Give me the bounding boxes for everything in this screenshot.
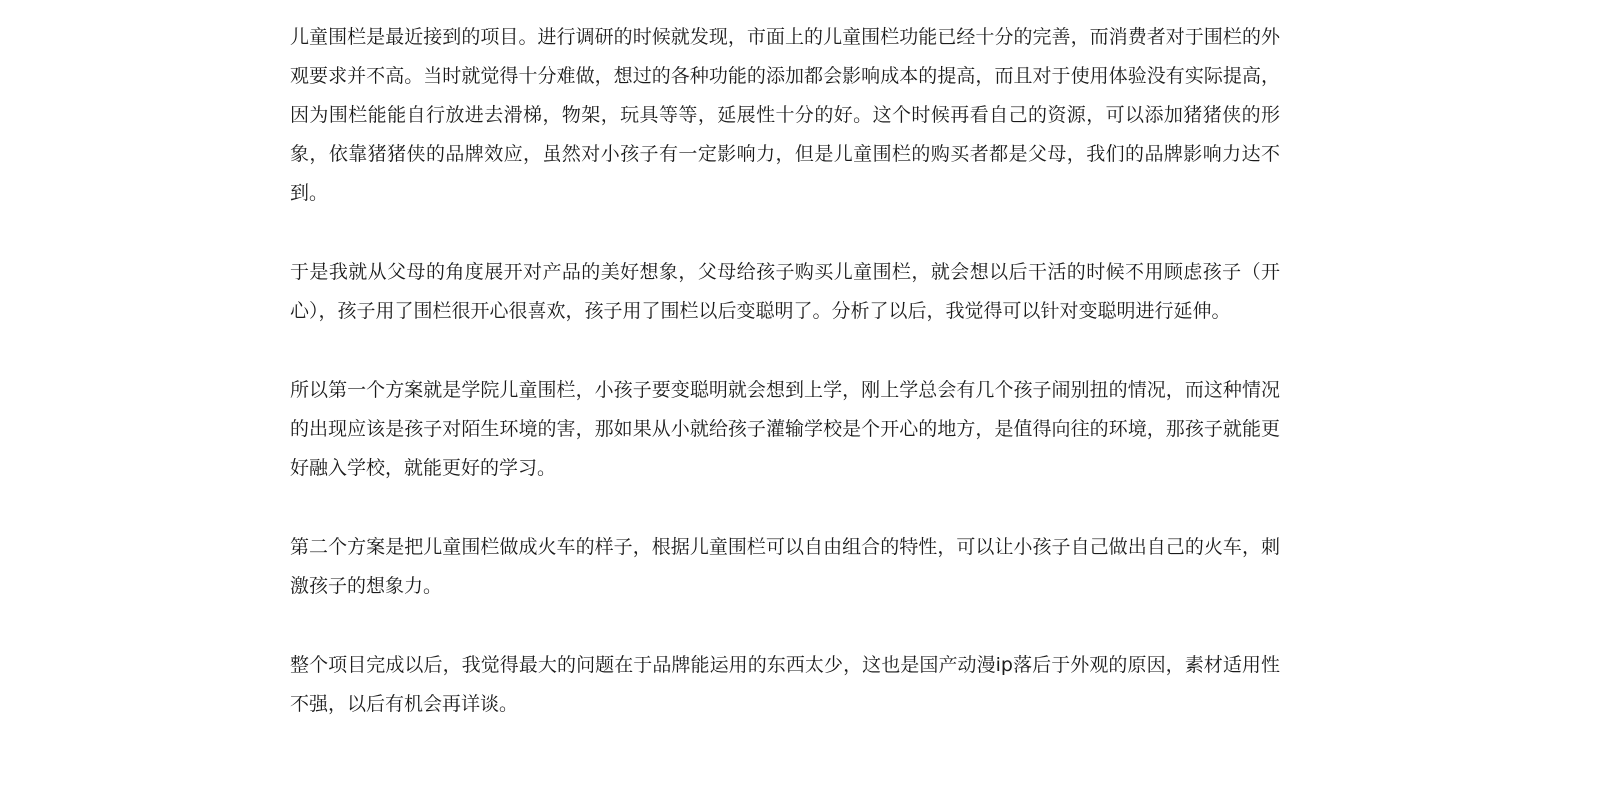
paragraph-conclusion: 整个项目完成以后，我觉得最大的问题在于品牌能运用的东西太少，这也是国产动漫ip落… [290, 646, 1280, 724]
paragraph-second-proposal: 第二个方案是把儿童围栏做成火车的样子，根据儿童围栏可以自由组合的特性，可以让小孩… [290, 528, 1280, 606]
paragraph-parent-perspective: 于是我就从父母的角度展开对产品的美好想象，父母给孩子购买儿童围栏，就会想以后干活… [290, 253, 1280, 331]
paragraph-first-proposal: 所以第一个方案就是学院儿童围栏，小孩子要变聪明就会想到上学，刚上学总会有几个孩子… [290, 371, 1280, 488]
article-body: 儿童围栏是最近接到的项目。进行调研的时候就发现，市面上的儿童围栏功能已经十分的完… [290, 18, 1280, 724]
paragraph-project-background: 儿童围栏是最近接到的项目。进行调研的时候就发现，市面上的儿童围栏功能已经十分的完… [290, 18, 1280, 213]
